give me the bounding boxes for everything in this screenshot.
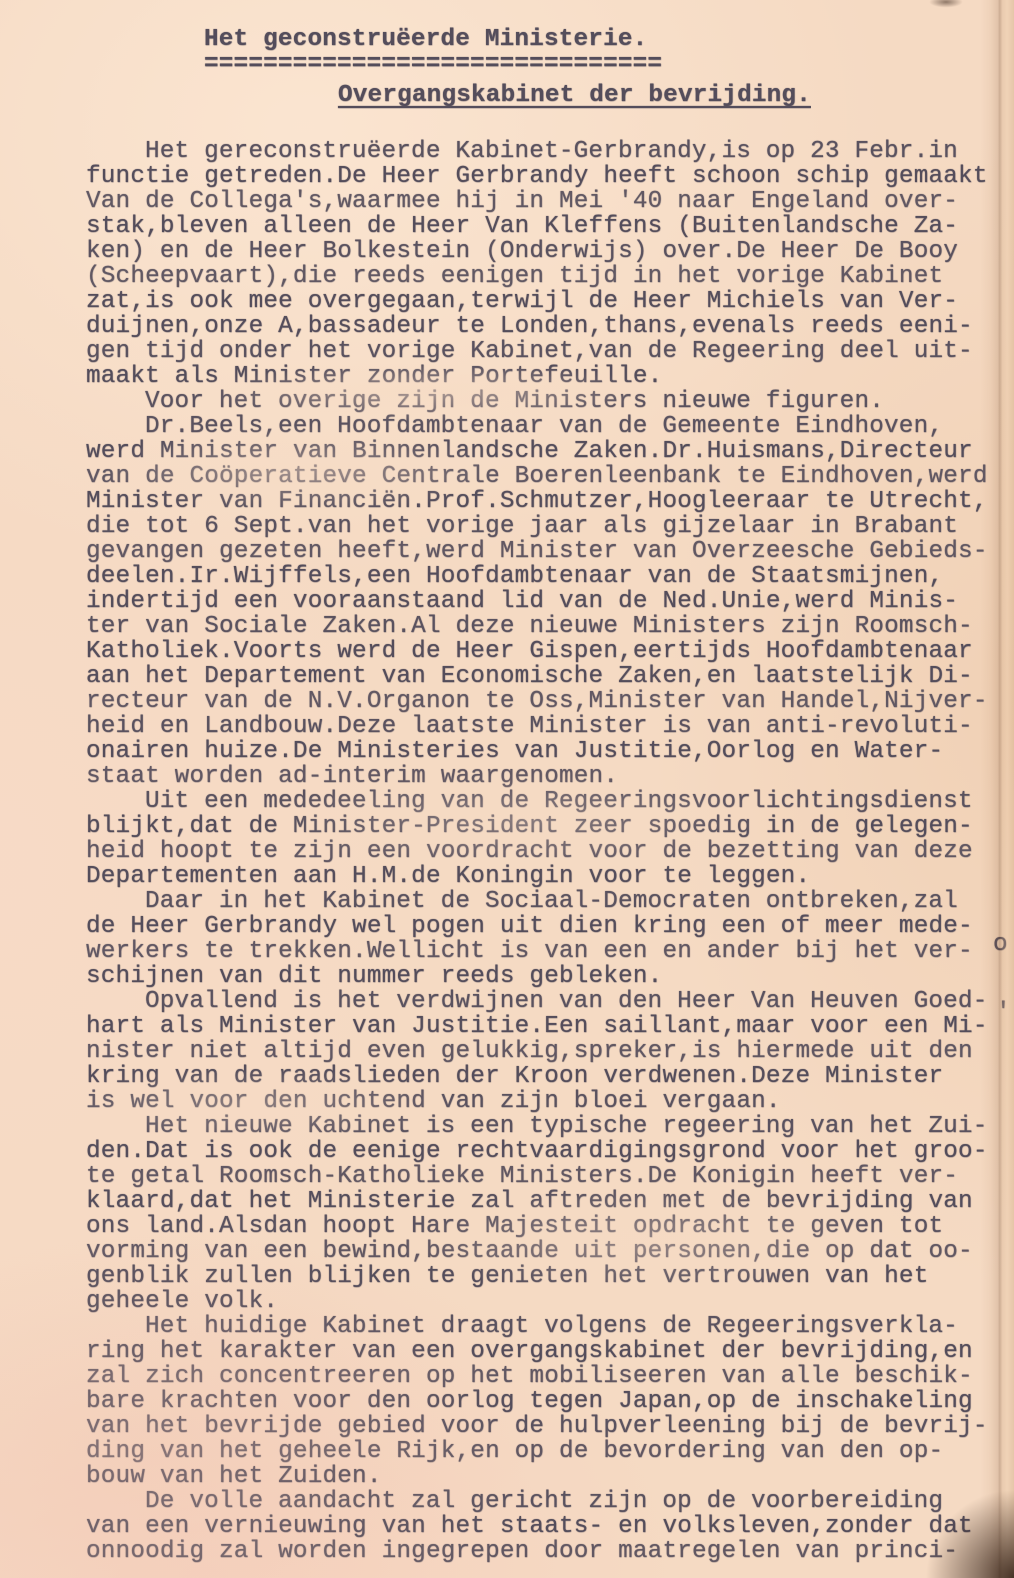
paragraph: Dr.Beels,een Hoofdambtenaar van de Gemee…: [86, 414, 1014, 789]
text-line: schijnen van dit nummer reeds gebleken.: [86, 964, 1014, 989]
edge-mark: o: [993, 932, 1008, 957]
paragraph: Het gereconstruëerde Kabinet-Gerbrandy,i…: [86, 139, 1014, 389]
text-line: Departementen aan H.M.de Koningin voor t…: [86, 864, 1014, 889]
text-line: ring het karakter van een overgangskabin…: [86, 1339, 1014, 1364]
text-line: ken) en de Heer Bolkestein (Onderwijs) o…: [86, 239, 1014, 264]
text-line: Het huidige Kabinet draagt volgens de Re…: [86, 1314, 1014, 1339]
text-line: ter van Sociale Zaken.Al deze nieuwe Min…: [86, 614, 1014, 639]
text-line: Uit een mededeeling van de Regeeringsvoo…: [86, 789, 1014, 814]
text-line: geheele volk.: [86, 1289, 1014, 1314]
text-line: die tot 6 Sept.van het vorige jaar als g…: [86, 514, 1014, 539]
text-line: Dr.Beels,een Hoofdambtenaar van de Gemee…: [86, 414, 1014, 439]
text-line: staat worden ad-interim waargenomen.: [86, 764, 1014, 789]
text-line: Daar in het Kabinet de Sociaal-Democrate…: [86, 889, 1014, 914]
text-line: onairen huize.De Ministeries van Justiti…: [86, 739, 1014, 764]
text-line: Opvallend is het verdwijnen van den Heer…: [86, 989, 1014, 1014]
text-line: Het gereconstruëerde Kabinet-Gerbrandy,i…: [86, 139, 1014, 164]
title-underline: ===============================: [204, 52, 1014, 77]
text-line: (Scheepvaart),die reeds eenigen tijd in …: [86, 264, 1014, 289]
text-line: den.Dat is ook de eenige rechtvaardiging…: [86, 1139, 1014, 1164]
document-title: Het geconstruëerde Ministerie.: [204, 27, 1014, 52]
paragraph: Uit een mededeeling van de Regeeringsvoo…: [86, 789, 1014, 889]
text-line: kring van de raadslieden der Kroon verdw…: [86, 1064, 1014, 1089]
text-line: duijnen,onze A,bassadeur te Londen,thans…: [86, 314, 1014, 339]
text-line: gevangen gezeten heeft,werd Minister van…: [86, 539, 1014, 564]
document-header: Het geconstruëerde Ministerie. =========…: [0, 27, 1014, 108]
text-line: klaard,dat het Ministerie zal aftreden m…: [86, 1189, 1014, 1214]
text-line: Van de Collega's,waarmee hij in Mei '40 …: [86, 189, 1014, 214]
text-line: heid hoopt te zijn een voordracht voor d…: [86, 839, 1014, 864]
text-line: hart als Minister van Justitie.Een saill…: [86, 1014, 1014, 1039]
text-line: de Heer Gerbrandy wel pogen uit dien kri…: [86, 914, 1014, 939]
text-line: van het bevrijde gebied voor de hulpverl…: [86, 1414, 1014, 1439]
text-line: gen tijd onder het vorige Kabinet,van de…: [86, 339, 1014, 364]
text-line: is wel voor den uchtend van zijn bloei v…: [86, 1089, 1014, 1114]
paragraph: De volle aandacht zal gericht zijn op de…: [86, 1489, 1014, 1564]
text-line: heid en Landbouw.Deze laatste Minister i…: [86, 714, 1014, 739]
text-line: ons land.Alsdan hoopt Hare Majesteit opd…: [86, 1214, 1014, 1239]
document-page: Het geconstruëerde Ministerie. =========…: [0, 0, 1014, 1578]
text-line: bare krachten voor den oorlog tegen Japa…: [86, 1389, 1014, 1414]
document-body: Het gereconstruëerde Kabinet-Gerbrandy,i…: [86, 139, 1014, 1564]
text-line: Katholiek.Voorts werd de Heer Gispen,eer…: [86, 639, 1014, 664]
paragraph: Het huidige Kabinet draagt volgens de Re…: [86, 1314, 1014, 1489]
text-line: zal zich concentreeren op het mobiliseer…: [86, 1364, 1014, 1389]
text-line: recteur van de N.V.Organon te Oss,Minist…: [86, 689, 1014, 714]
text-line: aan het Departement van Economische Zake…: [86, 664, 1014, 689]
text-line: Voor het overige zijn de Ministers nieuw…: [86, 389, 1014, 414]
paragraph: Opvallend is het verdwijnen van den Heer…: [86, 989, 1014, 1114]
text-line: Minister van Financiën.Prof.Schmutzer,Ho…: [86, 489, 1014, 514]
text-line: maakt als Minister zonder Portefeuille.: [86, 364, 1014, 389]
edge-mark: ': [996, 1000, 1011, 1025]
text-line: Het nieuwe Kabinet is een typische regee…: [86, 1114, 1014, 1139]
text-line: De volle aandacht zal gericht zijn op de…: [86, 1489, 1014, 1514]
document-subtitle: Overgangskabinet der bevrijding.: [338, 83, 1014, 108]
text-line: genblik zullen blijken te genieten het v…: [86, 1264, 1014, 1289]
text-line: vorming van een bewind,bestaande uit per…: [86, 1239, 1014, 1264]
text-line: indertijd een vooraanstaand lid van de N…: [86, 589, 1014, 614]
text-line: nister niet altijd even gelukkig,spreker…: [86, 1039, 1014, 1064]
text-line: stak,bleven alleen de Heer Van Kleffens …: [86, 214, 1014, 239]
text-line: ding van het geheele Rijk,en op de bevor…: [86, 1439, 1014, 1464]
text-line: van een vernieuwing van het staats- en v…: [86, 1514, 1014, 1539]
paragraph: Daar in het Kabinet de Sociaal-Democrate…: [86, 889, 1014, 989]
paragraph: Het nieuwe Kabinet is een typische regee…: [86, 1114, 1014, 1314]
text-line: blijkt,dat de Minister-President zeer sp…: [86, 814, 1014, 839]
paragraph: Voor het overige zijn de Ministers nieuw…: [86, 389, 1014, 414]
text-line: werkers te trekken.Wellicht is van een e…: [86, 939, 1014, 964]
text-line: deelen.Ir.Wijffels,een Hoofdambtenaar va…: [86, 564, 1014, 589]
text-line: zat,is ook mee overgegaan,terwijl de Hee…: [86, 289, 1014, 314]
text-line: werd Minister van Binnenlandsche Zaken.D…: [86, 439, 1014, 464]
text-line: functie getreden.De Heer Gerbrandy heeft…: [86, 164, 1014, 189]
text-line: van de Coöperatieve Centrale Boerenleenb…: [86, 464, 1014, 489]
text-line: onnoodig zal worden ingegrepen door maat…: [86, 1539, 1014, 1564]
text-line: bouw van het Zuiden.: [86, 1464, 1014, 1489]
text-line: te getal Roomsch-Katholieke Ministers.De…: [86, 1164, 1014, 1189]
